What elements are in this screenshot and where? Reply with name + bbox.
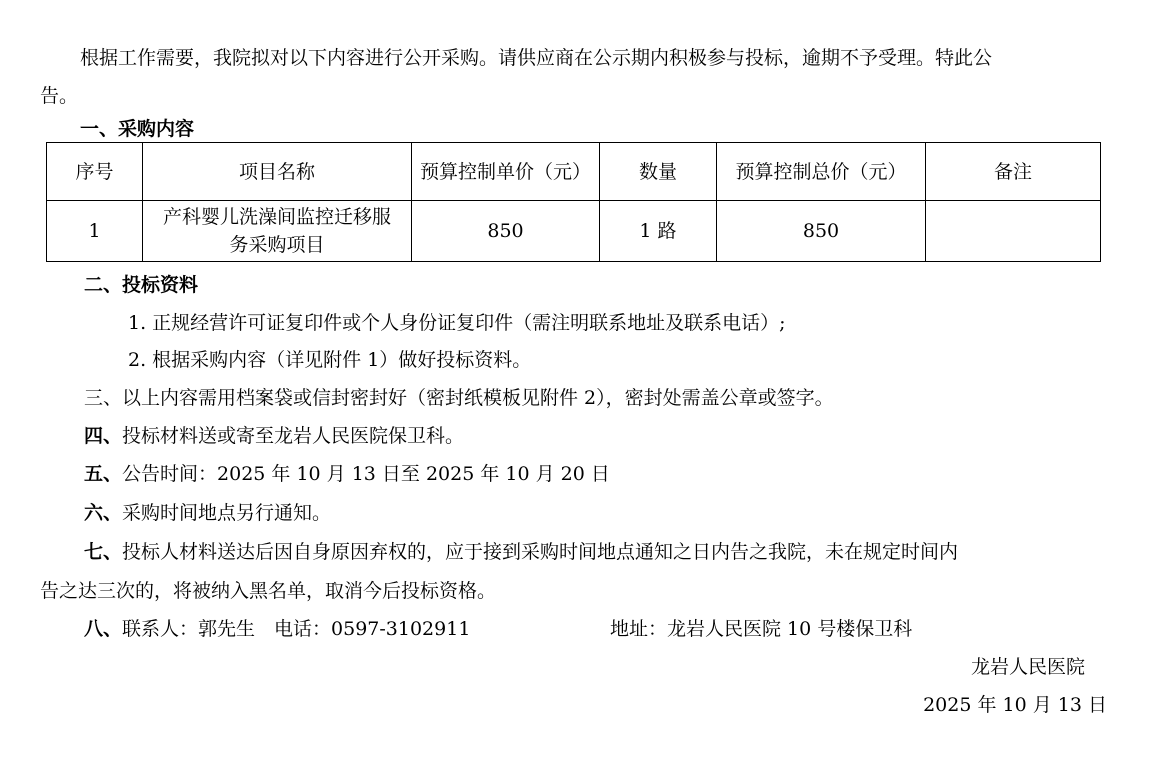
section-7-label: 七、 — [84, 541, 122, 563]
section-5-text: 公告时间：2025 年 10 月 13 日至 2025 年 10 月 20 日 — [122, 463, 610, 485]
header-total-price: 预算控制总价（元） — [717, 143, 926, 201]
section-7-line-1: 七、投标人材料送达后因自身原因弃权的，应于接到采购时间地点通知之日内告之我院，未… — [84, 537, 958, 567]
cell-index: 1 — [47, 201, 143, 262]
section-2-item-2: 2. 根据采购内容（详见附件 1）做好投标资料。 — [128, 345, 531, 375]
section-4-label: 四、 — [84, 425, 122, 447]
intro-line-1: 根据工作需要，我院拟对以下内容进行公开采购。请供应商在公示期内积极参与投标，逾期… — [80, 43, 992, 73]
procurement-table: 序号 项目名称 预算控制单价（元） 数量 预算控制总价（元） 备注 1 产科婴儿… — [46, 142, 1101, 262]
intro-line-2: 告。 — [40, 81, 78, 111]
header-unit-price: 预算控制单价（元） — [412, 143, 600, 201]
signature-org: 龙岩人民医院 — [971, 652, 1085, 682]
cell-name: 产科婴儿洗澡间监控迁移服 务采购项目 — [143, 201, 412, 262]
header-name: 项目名称 — [143, 143, 412, 201]
cell-name-line-1: 产科婴儿洗澡间监控迁移服 — [147, 203, 407, 231]
section-8-contact: 八、联系人：郭先生 电话：0597-3102911 — [84, 614, 470, 644]
section-3-text: 三、以上内容需用档案袋或信封密封好（密封纸模板见附件 2），密封处需盖公章或签字… — [84, 383, 834, 413]
section-2-title: 二、投标资料 — [84, 270, 198, 300]
section-6-text: 采购时间地点另行通知。 — [122, 502, 331, 524]
section-1-title: 一、采购内容 — [80, 114, 194, 144]
table-header-row: 序号 项目名称 预算控制单价（元） 数量 预算控制总价（元） 备注 — [47, 143, 1101, 201]
section-7-line-2: 告之达三次的，将被纳入黑名单，取消今后投标资格。 — [40, 576, 496, 606]
cell-unit-price: 850 — [412, 201, 600, 262]
cell-total-price: 850 — [717, 201, 926, 262]
header-note: 备注 — [926, 143, 1101, 201]
cell-quantity: 1 路 — [600, 201, 717, 262]
header-quantity: 数量 — [600, 143, 717, 201]
section-6-label: 六、 — [84, 502, 122, 524]
section-2-item-1: 1. 正规经营许可证复印件或个人身份证复印件（需注明联系地址及联系电话）; — [128, 308, 786, 338]
cell-name-line-2: 务采购项目 — [147, 231, 407, 259]
section-4-text: 投标材料送或寄至龙岩人民医院保卫科。 — [122, 425, 464, 447]
section-8-address: 地址：龙岩人民医院 10 号楼保卫科 — [610, 614, 912, 644]
header-index: 序号 — [47, 143, 143, 201]
section-7-text: 投标人材料送达后因自身原因弃权的，应于接到采购时间地点通知之日内告之我院，未在规… — [122, 541, 958, 563]
cell-note — [926, 201, 1101, 262]
section-5: 五、公告时间：2025 年 10 月 13 日至 2025 年 10 月 20 … — [84, 459, 610, 489]
contact-person-phone: 联系人：郭先生 电话：0597-3102911 — [122, 618, 470, 640]
signature-date: 2025 年 10 月 13 日 — [923, 690, 1107, 720]
table-row: 1 产科婴儿洗澡间监控迁移服 务采购项目 850 1 路 850 — [47, 201, 1101, 262]
section-8-label: 八、 — [84, 618, 122, 640]
section-4: 四、投标材料送或寄至龙岩人民医院保卫科。 — [84, 421, 464, 451]
section-6: 六、采购时间地点另行通知。 — [84, 498, 331, 528]
section-5-label: 五、 — [84, 463, 122, 485]
